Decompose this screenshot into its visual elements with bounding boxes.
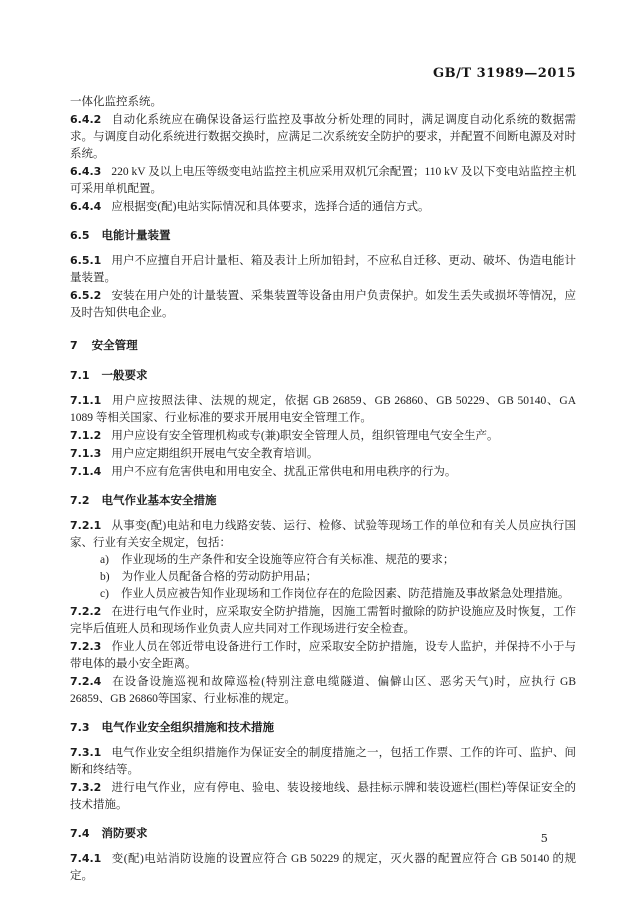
paragraph-text: 进行电气作业，应有停电、验电、装设接地线、悬挂标示牌和装设遮栏(围栏)等保证安全… [70,782,576,811]
paragraph-text: 安全管理 [92,338,138,352]
chapter-heading: 7安全管理 [70,337,576,354]
clause-paragraph: 6.5.1用户不应擅自开启计量柜、箱及表计上所加铅封，不应私自迁移、更动、破坏、… [70,252,576,287]
section-heading: 7.2电气作业基本安全措施 [70,492,576,509]
paragraph-text: 在进行电气作业时，应采取安全防护措施，因施工需暂时撤除的防护设施应及时恢复，工作… [70,606,576,635]
clause-number: 7.3 [70,721,90,734]
list-item: b)为作业人员配备合格的劳动防护用品； [70,569,576,586]
clause-number: 7 [70,339,78,352]
clause-paragraph: 7.2.2在进行电气作业时，应采取安全防护措施，因施工需暂时撤除的防护设施应及时… [70,603,576,638]
list-marker: b) [100,571,110,583]
clause-number: 7.3.1 [70,746,101,759]
list-item: a)作业现场的生产条件和安全设施等应符合有关标准、规范的要求； [70,552,576,569]
clause-number: 7.1.1 [70,394,101,407]
clause-number: 6.4.3 [70,165,101,178]
clause-number: 6.4.2 [70,113,101,126]
paragraph-text: 用户不应擅自开启计量柜、箱及表计上所加铅封，不应私自迁移、更动、破坏、伪造电能计… [70,255,576,284]
clause-number: 7.4 [70,827,90,840]
paragraph-text: 用户应定期组织开展电气安全教育培训。 [111,448,318,460]
clause-number: 7.1.3 [70,447,101,460]
paragraph-text: 应根据变(配)电站实际情况和具体要求，选择合适的通信方式。 [111,201,429,213]
clause-number: 7.1.2 [70,429,101,442]
paragraph-text: 用户不应有危害供电和用电安全、扰乱正常供电和用电秩序的行为。 [111,466,456,478]
clause-number: 7.2.2 [70,605,101,618]
clause-number: 7.3.2 [70,781,101,794]
paragraph-text: 自动化系统应在确保设备运行监控及事故分析处理的同时，满足调度自动化系统的数据需求… [70,114,576,160]
list-marker: c) [100,588,109,600]
paragraph-text: 消防要求 [102,826,148,840]
continuation-paragraph: 一体化监控系统。 [70,94,576,111]
page-number: 5 [541,831,548,845]
clause-paragraph: 7.2.4在设备设施巡视和故障巡检(特别注意电缆隧道、偏僻山区、恶劣天气)时，应… [70,673,576,708]
clause-number: 7.4.1 [70,852,101,865]
clause-paragraph: 7.2.3作业人员在邻近带电设备进行工作时，应采取安全防护措施，设专人监护，并保… [70,638,576,673]
clause-number: 7.2.1 [70,519,101,532]
paragraph-text: 变(配)电站消防设施的设置应符合 GB 50229 的规定，灭火器的配置应符合 … [70,853,576,882]
clause-paragraph: 7.1.3用户应定期组织开展电气安全教育培训。 [70,445,576,463]
clause-number: 6.5.1 [70,254,101,267]
paragraph-text: 用户应按照法律、法规的规定，依据 GB 26859、GB 26860、GB 50… [70,395,576,424]
clause-paragraph: 7.1.2用户应设有安全管理机构或专(兼)职安全管理人员，组织管理电气安全生产。 [70,427,576,445]
paragraph-text: 电气作业基本安全措施 [102,493,217,507]
paragraph-text: 作业人员应被告知作业现场和工作岗位存在的危险因素、防范措施及事故紧急处理措施。 [121,588,570,600]
paragraph-text: 电气作业安全组织措施作为保证安全的制度措施之一，包括工作票、工作的许可、监护、间… [70,747,576,776]
paragraph-text: 安装在用户处的计量装置、采集装置等设备由用户负责保护。如发生丢失或损坏等情况，应… [70,290,576,319]
list-item: c)作业人员应被告知作业现场和工作岗位存在的危险因素、防范措施及事故紧急处理措施… [70,586,576,603]
document-body: 一体化监控系统。6.4.2自动化系统应在确保设备运行监控及事故分析处理的同时，满… [70,94,576,885]
clause-paragraph: 7.4.1变(配)电站消防设施的设置应符合 GB 50229 的规定，灭火器的配… [70,850,576,885]
clause-number: 7.1.4 [70,465,101,478]
document-page: GB/T 31989—2015 一体化监控系统。6.4.2自动化系统应在确保设备… [0,0,640,899]
section-heading: 7.1一般要求 [70,367,576,384]
paragraph-text: 在设备设施巡视和故障巡检(特别注意电缆隧道、偏僻山区、恶劣天气)时，应执行 GB… [70,676,576,705]
paragraph-text: 电气作业安全组织措施和技术措施 [102,720,275,734]
standard-code-header: GB/T 31989—2015 [433,66,576,81]
paragraph-text: 220 kV 及以上电压等级变电站监控主机应采用双机冗余配置；110 kV 及以… [70,166,576,195]
clause-paragraph: 7.1.1用户应按照法律、法规的规定，依据 GB 26859、GB 26860、… [70,392,576,427]
paragraph-text: 作业现场的生产条件和安全设施等应符合有关标准、规范的要求； [121,554,455,566]
clause-paragraph: 6.4.4应根据变(配)电站实际情况和具体要求，选择合适的通信方式。 [70,198,576,216]
clause-paragraph: 6.4.3220 kV 及以上电压等级变电站监控主机应采用双机冗余配置；110 … [70,163,576,198]
list-marker: a) [100,554,109,566]
section-heading: 7.3电气作业安全组织措施和技术措施 [70,719,576,736]
clause-number: 7.2 [70,494,90,507]
section-heading: 7.4消防要求 [70,825,576,842]
paragraph-text: 为作业人员配备合格的劳动防护用品； [122,571,318,583]
clause-paragraph: 7.3.2进行电气作业，应有停电、验电、装设接地线、悬挂标示牌和装设遮栏(围栏)… [70,779,576,814]
clause-number: 7.2.4 [70,675,101,688]
clause-paragraph: 6.4.2自动化系统应在确保设备运行监控及事故分析处理的同时，满足调度自动化系统… [70,111,576,163]
clause-paragraph: 6.5.2安装在用户处的计量装置、采集装置等设备由用户负责保护。如发生丢失或损坏… [70,287,576,322]
clause-number: 7.2.3 [70,640,101,653]
clause-number: 6.5.2 [70,289,101,302]
paragraph-text: 一体化监控系统。 [70,96,162,108]
clause-paragraph: 7.1.4用户不应有危害供电和用电安全、扰乱正常供电和用电秩序的行为。 [70,463,576,481]
section-heading: 6.5电能计量装置 [70,227,576,244]
paragraph-text: 电能计量装置 [102,228,171,242]
clause-paragraph: 7.2.1从事变(配)电站和电力线路安装、运行、检修、试验等现场工作的单位和有关… [70,517,576,552]
paragraph-text: 作业人员在邻近带电设备进行工作时，应采取安全防护措施，设专人监护，并保持不小于与… [70,641,576,670]
clause-number: 6.4.4 [70,200,101,213]
paragraph-text: 从事变(配)电站和电力线路安装、运行、检修、试验等现场工作的单位和有关人员应执行… [70,520,576,549]
paragraph-text: 一般要求 [102,368,148,382]
clause-number: 7.1 [70,369,90,382]
clause-paragraph: 7.3.1电气作业安全组织措施作为保证安全的制度措施之一，包括工作票、工作的许可… [70,744,576,779]
clause-number: 6.5 [70,229,90,242]
paragraph-text: 用户应设有安全管理机构或专(兼)职安全管理人员，组织管理电气安全生产。 [111,430,498,442]
